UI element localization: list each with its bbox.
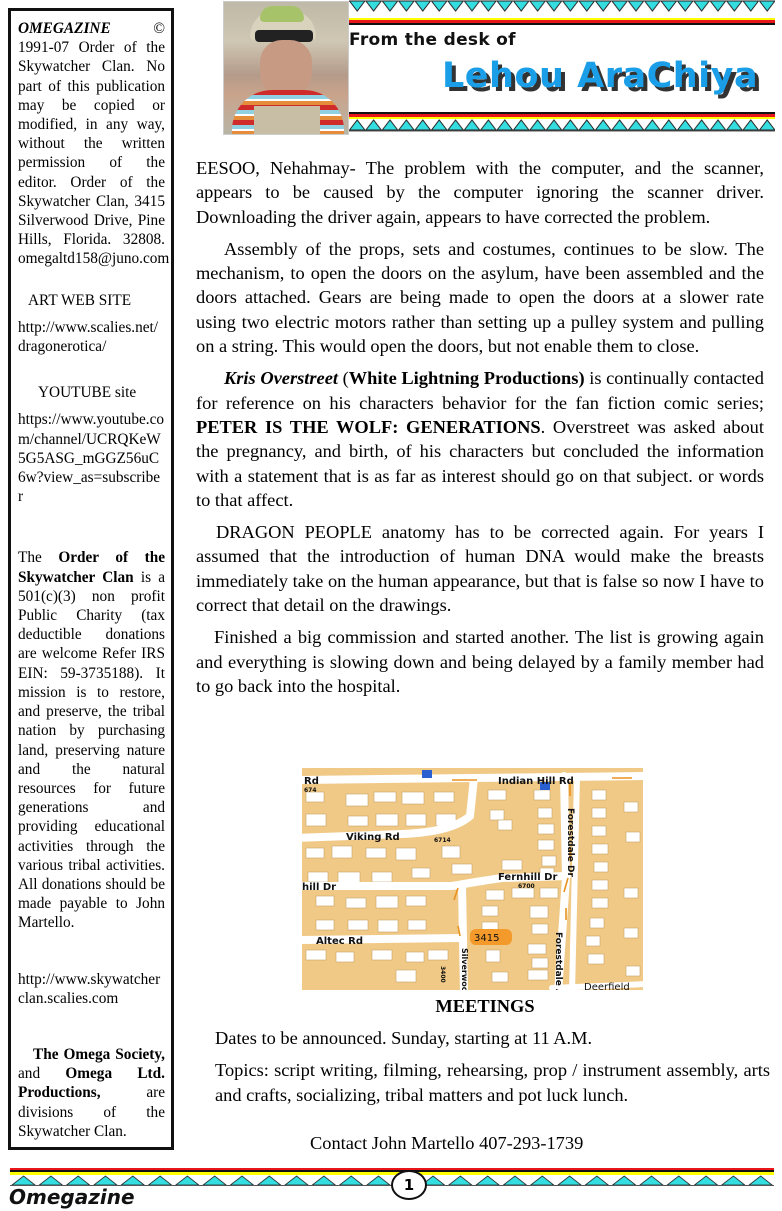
meetings-heading: MEETINGS bbox=[300, 996, 670, 1017]
sidebar-info-box: OMEGAZINE © 1991-07 Order of the Skywatc… bbox=[8, 8, 174, 1150]
omega-and: and bbox=[18, 1065, 65, 1082]
article-paragraph: Finished a big commission and started an… bbox=[196, 625, 764, 698]
article-paragraph: Assembly of the props, sets and costumes… bbox=[196, 237, 764, 358]
footer-stripes bbox=[10, 1168, 774, 1175]
author-photo bbox=[223, 1, 349, 135]
article-paragraph: Kris Overstreet (White Lightning Product… bbox=[196, 366, 764, 512]
map-label-altec: Altec Rd bbox=[316, 936, 363, 947]
meetings-topics: Topics: script writing, filming, rehears… bbox=[215, 1058, 770, 1107]
youtube-link[interactable]: https://www.youtube.com/channel/UCRQKeW5… bbox=[18, 410, 165, 506]
map-label-3400: 3400 bbox=[439, 966, 446, 983]
map-label-rd: Rd bbox=[304, 776, 319, 787]
copyright-notice: OMEGAZINE © 1991-07 Order of the Skywatc… bbox=[18, 19, 165, 269]
series-title: PETER IS THE WOLF: GENERATIONS bbox=[196, 417, 541, 437]
article-paragraph: DRAGON PEOPLE anatomy has to be correcte… bbox=[196, 520, 764, 617]
header-bottom-border bbox=[349, 112, 775, 137]
author-name-title: Lehou AraChiya bbox=[442, 56, 758, 96]
header-top-border bbox=[349, 0, 775, 25]
triangle-border-icon bbox=[349, 0, 775, 13]
map-label-forestdale-dr: Forestdale Dr bbox=[565, 808, 575, 877]
header-stripes-bottom bbox=[349, 112, 775, 119]
map-label-viking: Viking Rd bbox=[346, 832, 400, 843]
clan-site-link[interactable]: http://www.skywatcherclan.scalies.com bbox=[18, 970, 165, 1008]
from-desk-label: From the desk of bbox=[349, 30, 516, 50]
divisions-statement: The Omega Society, and Omega Ltd. Produc… bbox=[18, 1045, 165, 1141]
map-label-fernhill-left: hill Dr bbox=[302, 882, 336, 893]
youtube-heading: YOUTUBE site bbox=[18, 383, 165, 402]
omega-society: The Omega Society, bbox=[33, 1046, 165, 1063]
article-paragraph: EESOO, Nehahmay- The problem with the co… bbox=[196, 156, 764, 229]
charity-pre: The bbox=[18, 549, 58, 566]
location-map: Indian Hill Rd Rd 674 Viking Rd 6714 Fer… bbox=[302, 768, 643, 990]
map-label-forestdale-ave: Forestdale Ave bbox=[553, 932, 563, 990]
company-name: White Lightning Productions) bbox=[349, 368, 585, 388]
meetings-dates: Dates to be announced. Sunday, starting … bbox=[215, 1026, 770, 1050]
photo-shirt bbox=[254, 106, 320, 135]
meetings-section: Dates to be announced. Sunday, starting … bbox=[215, 1026, 770, 1115]
art-site-link[interactable]: http://www.scalies.net/dragonerotica/ bbox=[18, 318, 165, 356]
person-name: Kris Overstreet bbox=[224, 368, 338, 388]
charity-statement: The Order of the Skywatcher Clan is a 50… bbox=[18, 548, 165, 932]
map-label-6700: 6700 bbox=[518, 883, 535, 890]
paren-open: ( bbox=[338, 368, 349, 388]
map-label-674: 674 bbox=[304, 787, 317, 794]
publication-title: Omegazine bbox=[9, 1185, 135, 1209]
charity-text: is a 501(c)(3) non profit Public Charity… bbox=[18, 569, 165, 932]
copyright-text: © 1991-07 Order of the Skywatcher Clan. … bbox=[18, 20, 169, 267]
map-label-silverwood: Silverwood Dr bbox=[460, 948, 469, 990]
map-label-indian-hill: Indian Hill Rd bbox=[498, 776, 574, 787]
header-stripes-top bbox=[349, 18, 775, 25]
photo-hat-feathers bbox=[260, 6, 304, 22]
contact-info: Contact John Martello 407-293-1739 bbox=[310, 1133, 583, 1154]
map-label-address: 3415 bbox=[474, 933, 499, 944]
map-label-6714: 6714 bbox=[434, 837, 451, 844]
page-number: 1 bbox=[391, 1170, 427, 1200]
map-label-fernhill: Fernhill Dr bbox=[498, 872, 557, 883]
street-map: Indian Hill Rd Rd 674 Viking Rd 6714 Fer… bbox=[302, 768, 643, 990]
triangle-border-icon bbox=[349, 119, 775, 132]
map-label-deerfield: Deerfield bbox=[584, 982, 630, 990]
article-body: EESOO, Nehahmay- The problem with the co… bbox=[196, 156, 764, 706]
brand-name: OMEGAZINE bbox=[18, 20, 111, 37]
art-site-heading: ART WEB SITE bbox=[18, 291, 165, 310]
